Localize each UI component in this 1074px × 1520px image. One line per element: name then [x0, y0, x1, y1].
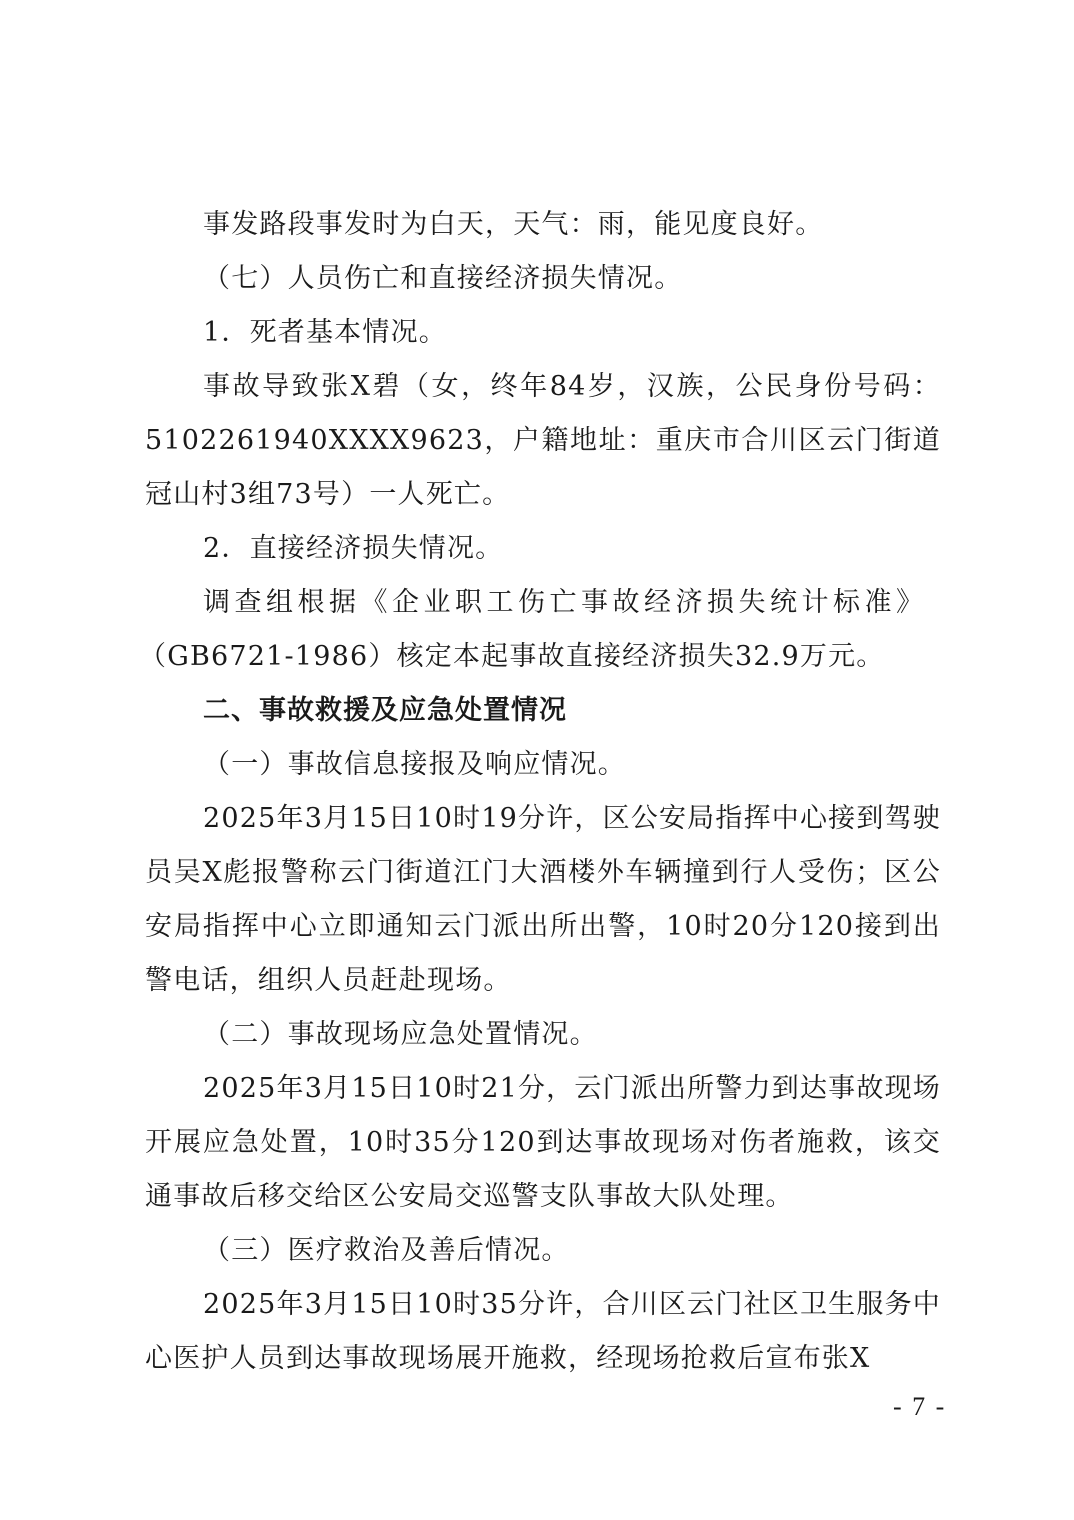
subheading-economic-loss: 2．直接经济损失情况。: [145, 522, 941, 576]
subheading-deceased-info: 1．死者基本情况。: [145, 306, 941, 360]
paragraph-info-reporting: 2025年3月15日10时19分许，区公安局指挥中心接到驾驶员吴X彪报警称云门街…: [145, 792, 941, 1008]
subheading-casualties-losses: （七）人员伤亡和直接经济损失情况。: [145, 252, 941, 306]
paragraph-economic-loss-amount: （GB6721-1986）核定本起事故直接经济损失32.9万元。: [139, 630, 941, 684]
page-number: - 7 -: [893, 1392, 946, 1422]
paragraph-deceased-details: 事故导致张X碧（女，终年84岁，汉族，公民身份号码：5102261940XXXX…: [145, 360, 941, 522]
paragraph-medical-aftermath: 2025年3月15日10时35分许，合川区云门社区卫生服务中心医护人员到达事故现…: [145, 1278, 941, 1386]
section-heading-rescue-response: 二、事故救援及应急处置情况: [145, 684, 941, 738]
subheading-onsite-response: （二）事故现场应急处置情况。: [145, 1008, 941, 1062]
paragraph-weather: 事发路段事发时为白天，天气：雨，能见度良好。: [145, 198, 941, 252]
subheading-medical-aftermath: （三）医疗救治及善后情况。: [145, 1224, 941, 1278]
subheading-info-reporting: （一）事故信息接报及响应情况。: [145, 738, 941, 792]
paragraph-economic-loss-standard: 调查组根据《企业职工伤亡事故经济损失统计标准》: [145, 576, 941, 630]
document-page: 事发路段事发时为白天，天气：雨，能见度良好。 （七）人员伤亡和直接经济损失情况。…: [145, 198, 941, 1386]
paragraph-onsite-response: 2025年3月15日10时21分，云门派出所警力到达事故现场开展应急处置，10时…: [145, 1062, 941, 1224]
